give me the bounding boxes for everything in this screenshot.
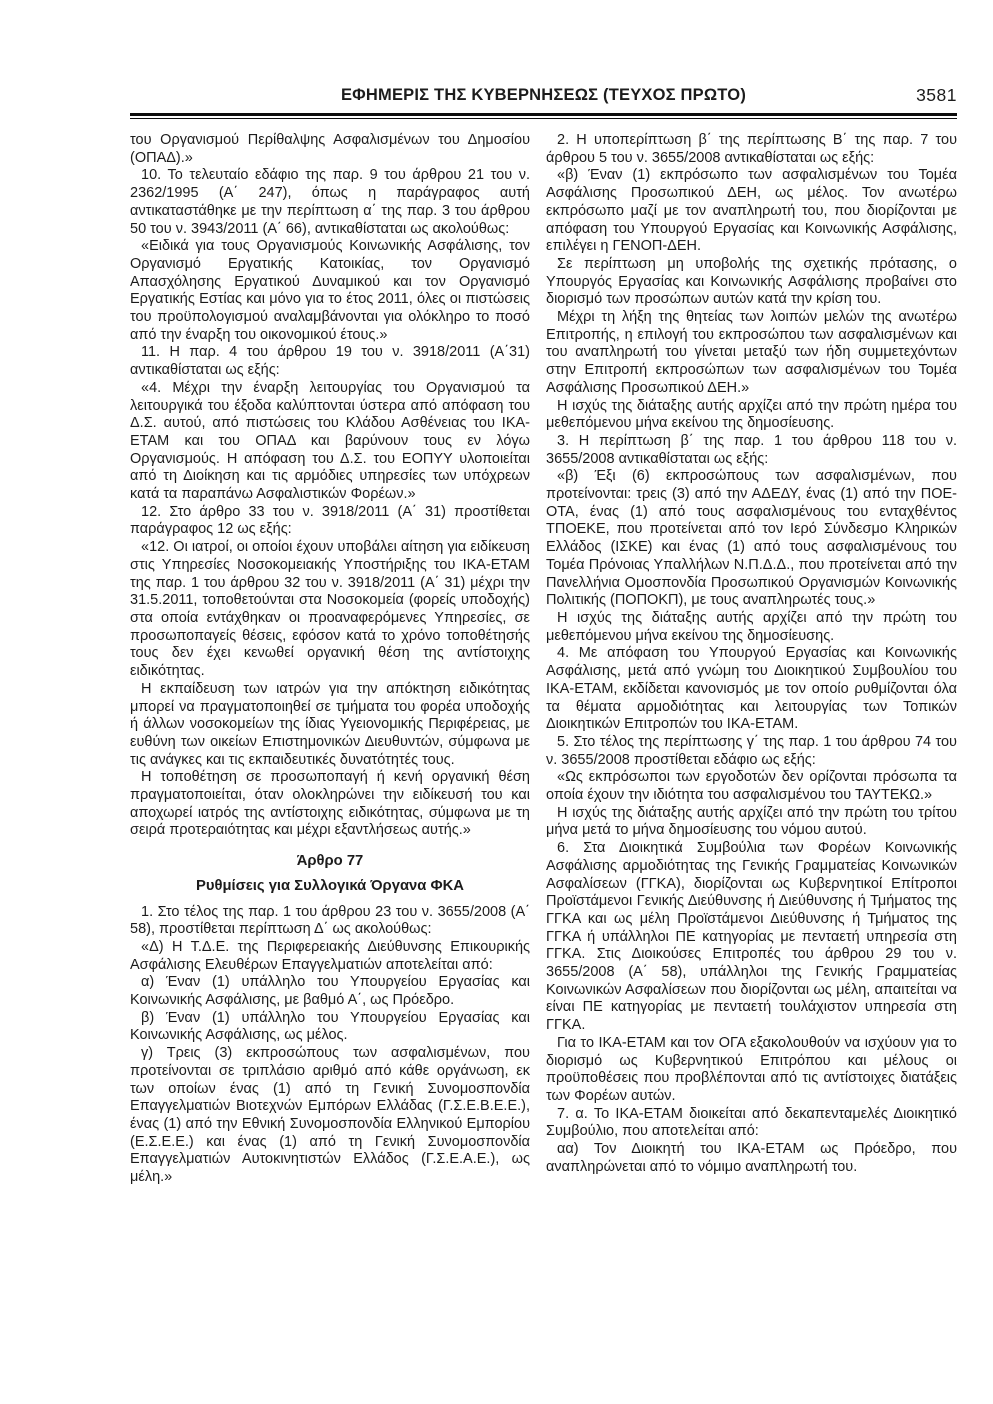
paragraph: 1. Στο τέλος της παρ. 1 του άρθρου 23 το… bbox=[130, 904, 530, 939]
paragraph: «Ειδικά για τους Οργανισμούς Κοινωνικής … bbox=[130, 238, 530, 344]
header-rule bbox=[130, 113, 957, 119]
gazette-title: ΕΦΗΜΕΡΙΣ ΤΗΣ ΚΥΒΕΡΝΗΣΕΩΣ (ΤΕΥΧΟΣ ΠΡΩΤΟ) bbox=[130, 86, 957, 105]
paragraph: Η εκπαίδευση των ιατρών για την απόκτηση… bbox=[130, 681, 530, 770]
paragraph: Η ισχύς της διάταξης αυτής αρχίζει από τ… bbox=[546, 610, 957, 645]
article-number-heading: Άρθρο 77 bbox=[130, 853, 530, 871]
paragraph: «4. Μέχρι την έναρξη λειτουργίας του Οργ… bbox=[130, 380, 530, 504]
paragraph: 3. Η περίπτωση β΄ της παρ. 1 του άρθρου … bbox=[546, 433, 957, 468]
text-columns: του Οργανισμού Περίθαλψης Ασφαλισμένων τ… bbox=[130, 132, 957, 1187]
page-number: 3581 bbox=[916, 85, 957, 106]
paragraph: «Δ) Η Τ.Δ.Ε. της Περιφερειακής Διεύθυνση… bbox=[130, 939, 530, 974]
paragraph: Η τοποθέτηση σε προσωποπαγή ή κενή οργαν… bbox=[130, 769, 530, 840]
right-column: 2. Η υποπερίπτωση β΄ της περίπτωσης Β΄ τ… bbox=[546, 132, 957, 1187]
article-title-heading: Ρυθμίσεις για Συλλογικά Όργανα ΦΚΑ bbox=[130, 878, 530, 896]
paragraph: 4. Με απόφαση του Υπουργού Εργασίας και … bbox=[546, 645, 957, 734]
paragraph: «Ως εκπρόσωποι των εργοδοτών δεν ορίζοντ… bbox=[546, 769, 957, 804]
paragraph: «β) Έναν (1) εκπρόσωπο των ασφαλισμένων … bbox=[546, 167, 957, 256]
paragraph: «12. Οι ιατροί, οι οποίοι έχουν υποβάλει… bbox=[130, 539, 530, 681]
paragraph: γ) Τρεις (3) εκπροσώπους των ασφαλισμένω… bbox=[130, 1045, 530, 1187]
paragraph: β) Έναν (1) υπάλληλο του Υπουργείου Εργα… bbox=[130, 1010, 530, 1045]
gazette-page: ΕΦΗΜΕΡΙΣ ΤΗΣ ΚΥΒΕΡΝΗΣΕΩΣ (ΤΕΥΧΟΣ ΠΡΩΤΟ) … bbox=[0, 0, 993, 1404]
paragraph: 11. Η παρ. 4 του άρθρου 19 του ν. 3918/2… bbox=[130, 344, 530, 379]
page-header: ΕΦΗΜΕΡΙΣ ΤΗΣ ΚΥΒΕΡΝΗΣΕΩΣ (ΤΕΥΧΟΣ ΠΡΩΤΟ) … bbox=[130, 86, 957, 110]
paragraph: αα) Τον Διοικητή του ΙΚΑ-ΕΤΑΜ ως Πρόεδρο… bbox=[546, 1141, 957, 1176]
paragraph: Μέχρι τη λήξη της θητείας των λοιπών μελ… bbox=[546, 309, 957, 398]
paragraph: 7. α. Το ΙΚΑ-ΕΤΑΜ διοικείται από δεκαπεν… bbox=[546, 1106, 957, 1141]
paragraph: 10. Το τελευταίο εδάφιο της παρ. 9 του ά… bbox=[130, 167, 530, 238]
paragraph: 5. Στο τέλος της περίπτωσης γ΄ της παρ. … bbox=[546, 734, 957, 769]
paragraph: α) Έναν (1) υπάλληλο του Υπουργείου Εργα… bbox=[130, 974, 530, 1009]
paragraph: 2. Η υποπερίπτωση β΄ της περίπτωσης Β΄ τ… bbox=[546, 132, 957, 167]
paragraph: Για το ΙΚΑ-ΕΤΑΜ και τον ΟΓΑ εξακολουθούν… bbox=[546, 1035, 957, 1106]
paragraph: «β) Έξι (6) εκπροσώπους των ασφαλισμένων… bbox=[546, 468, 957, 610]
paragraph: Η ισχύς της διάταξης αυτής αρχίζει από τ… bbox=[546, 805, 957, 840]
left-column: του Οργανισμού Περίθαλψης Ασφαλισμένων τ… bbox=[130, 132, 530, 1187]
paragraph: Σε περίπτωση μη υποβολής της σχετικής πρ… bbox=[546, 256, 957, 309]
paragraph: 6. Στα Διοικητικά Συμβούλια των Φορέων Κ… bbox=[546, 840, 957, 1035]
paragraph: 12. Στο άρθρο 33 του ν. 3918/2011 (Α΄ 31… bbox=[130, 504, 530, 539]
paragraph: Η ισχύς της διάταξης αυτής αρχίζει από τ… bbox=[546, 398, 957, 433]
paragraph: του Οργανισμού Περίθαλψης Ασφαλισμένων τ… bbox=[130, 132, 530, 167]
